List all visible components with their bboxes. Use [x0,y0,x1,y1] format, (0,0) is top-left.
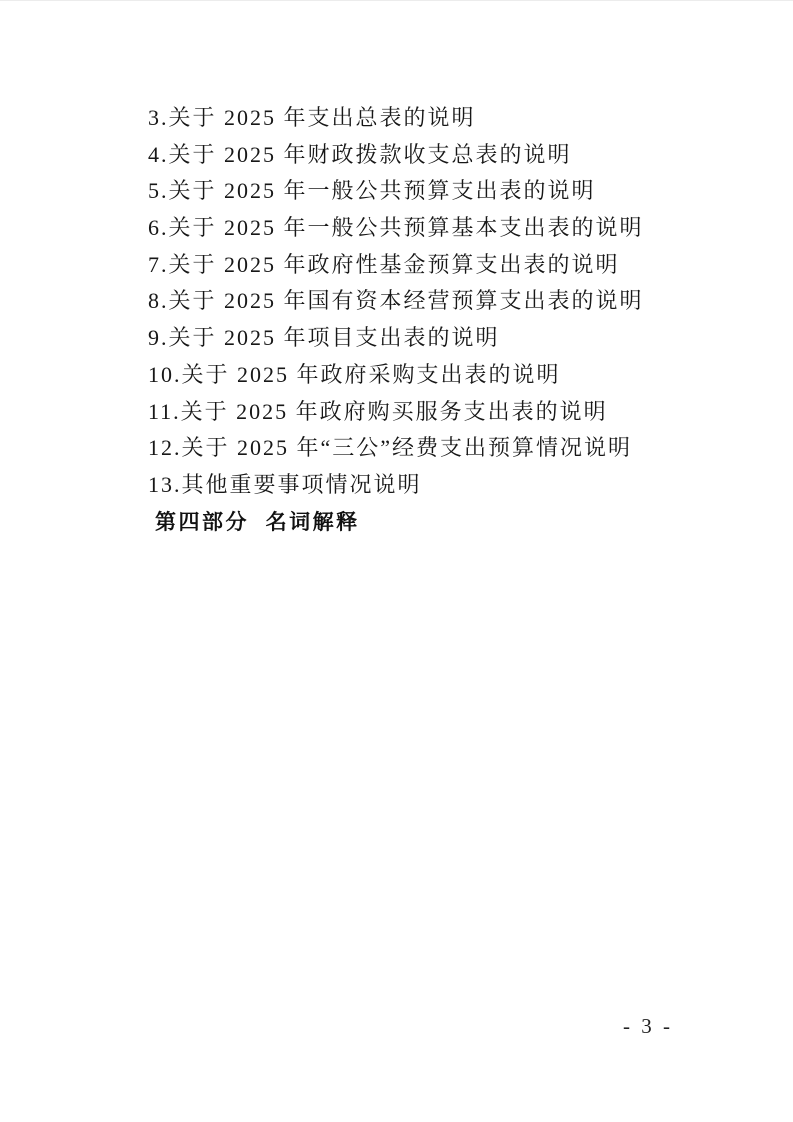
toc-item: 12.关于 2025 年“三公”经费支出预算情况说明 [148,430,644,467]
document-page: 3.关于 2025 年支出总表的说明 4.关于 2025 年财政拨款收支总表的说… [0,0,793,1122]
toc-item: 13.其他重要事项情况说明 [148,467,644,504]
toc-item: 5.关于 2025 年一般公共预算支出表的说明 [148,173,644,210]
toc-item: 3.关于 2025 年支出总表的说明 [148,100,644,137]
toc-item: 9.关于 2025 年项目支出表的说明 [148,320,644,357]
toc-item: 11.关于 2025 年政府购买服务支出表的说明 [148,394,644,431]
section-heading: 第四部分 名词解释 [155,504,644,541]
toc-item: 7.关于 2025 年政府性基金预算支出表的说明 [148,247,644,284]
toc-item: 6.关于 2025 年一般公共预算基本支出表的说明 [148,210,644,247]
page-number: - 3 - [623,1014,673,1039]
toc-item: 8.关于 2025 年国有资本经营预算支出表的说明 [148,283,644,320]
toc-item: 4.关于 2025 年财政拨款收支总表的说明 [148,137,644,174]
table-of-contents: 3.关于 2025 年支出总表的说明 4.关于 2025 年财政拨款收支总表的说… [148,100,644,541]
toc-item: 10.关于 2025 年政府采购支出表的说明 [148,357,644,394]
